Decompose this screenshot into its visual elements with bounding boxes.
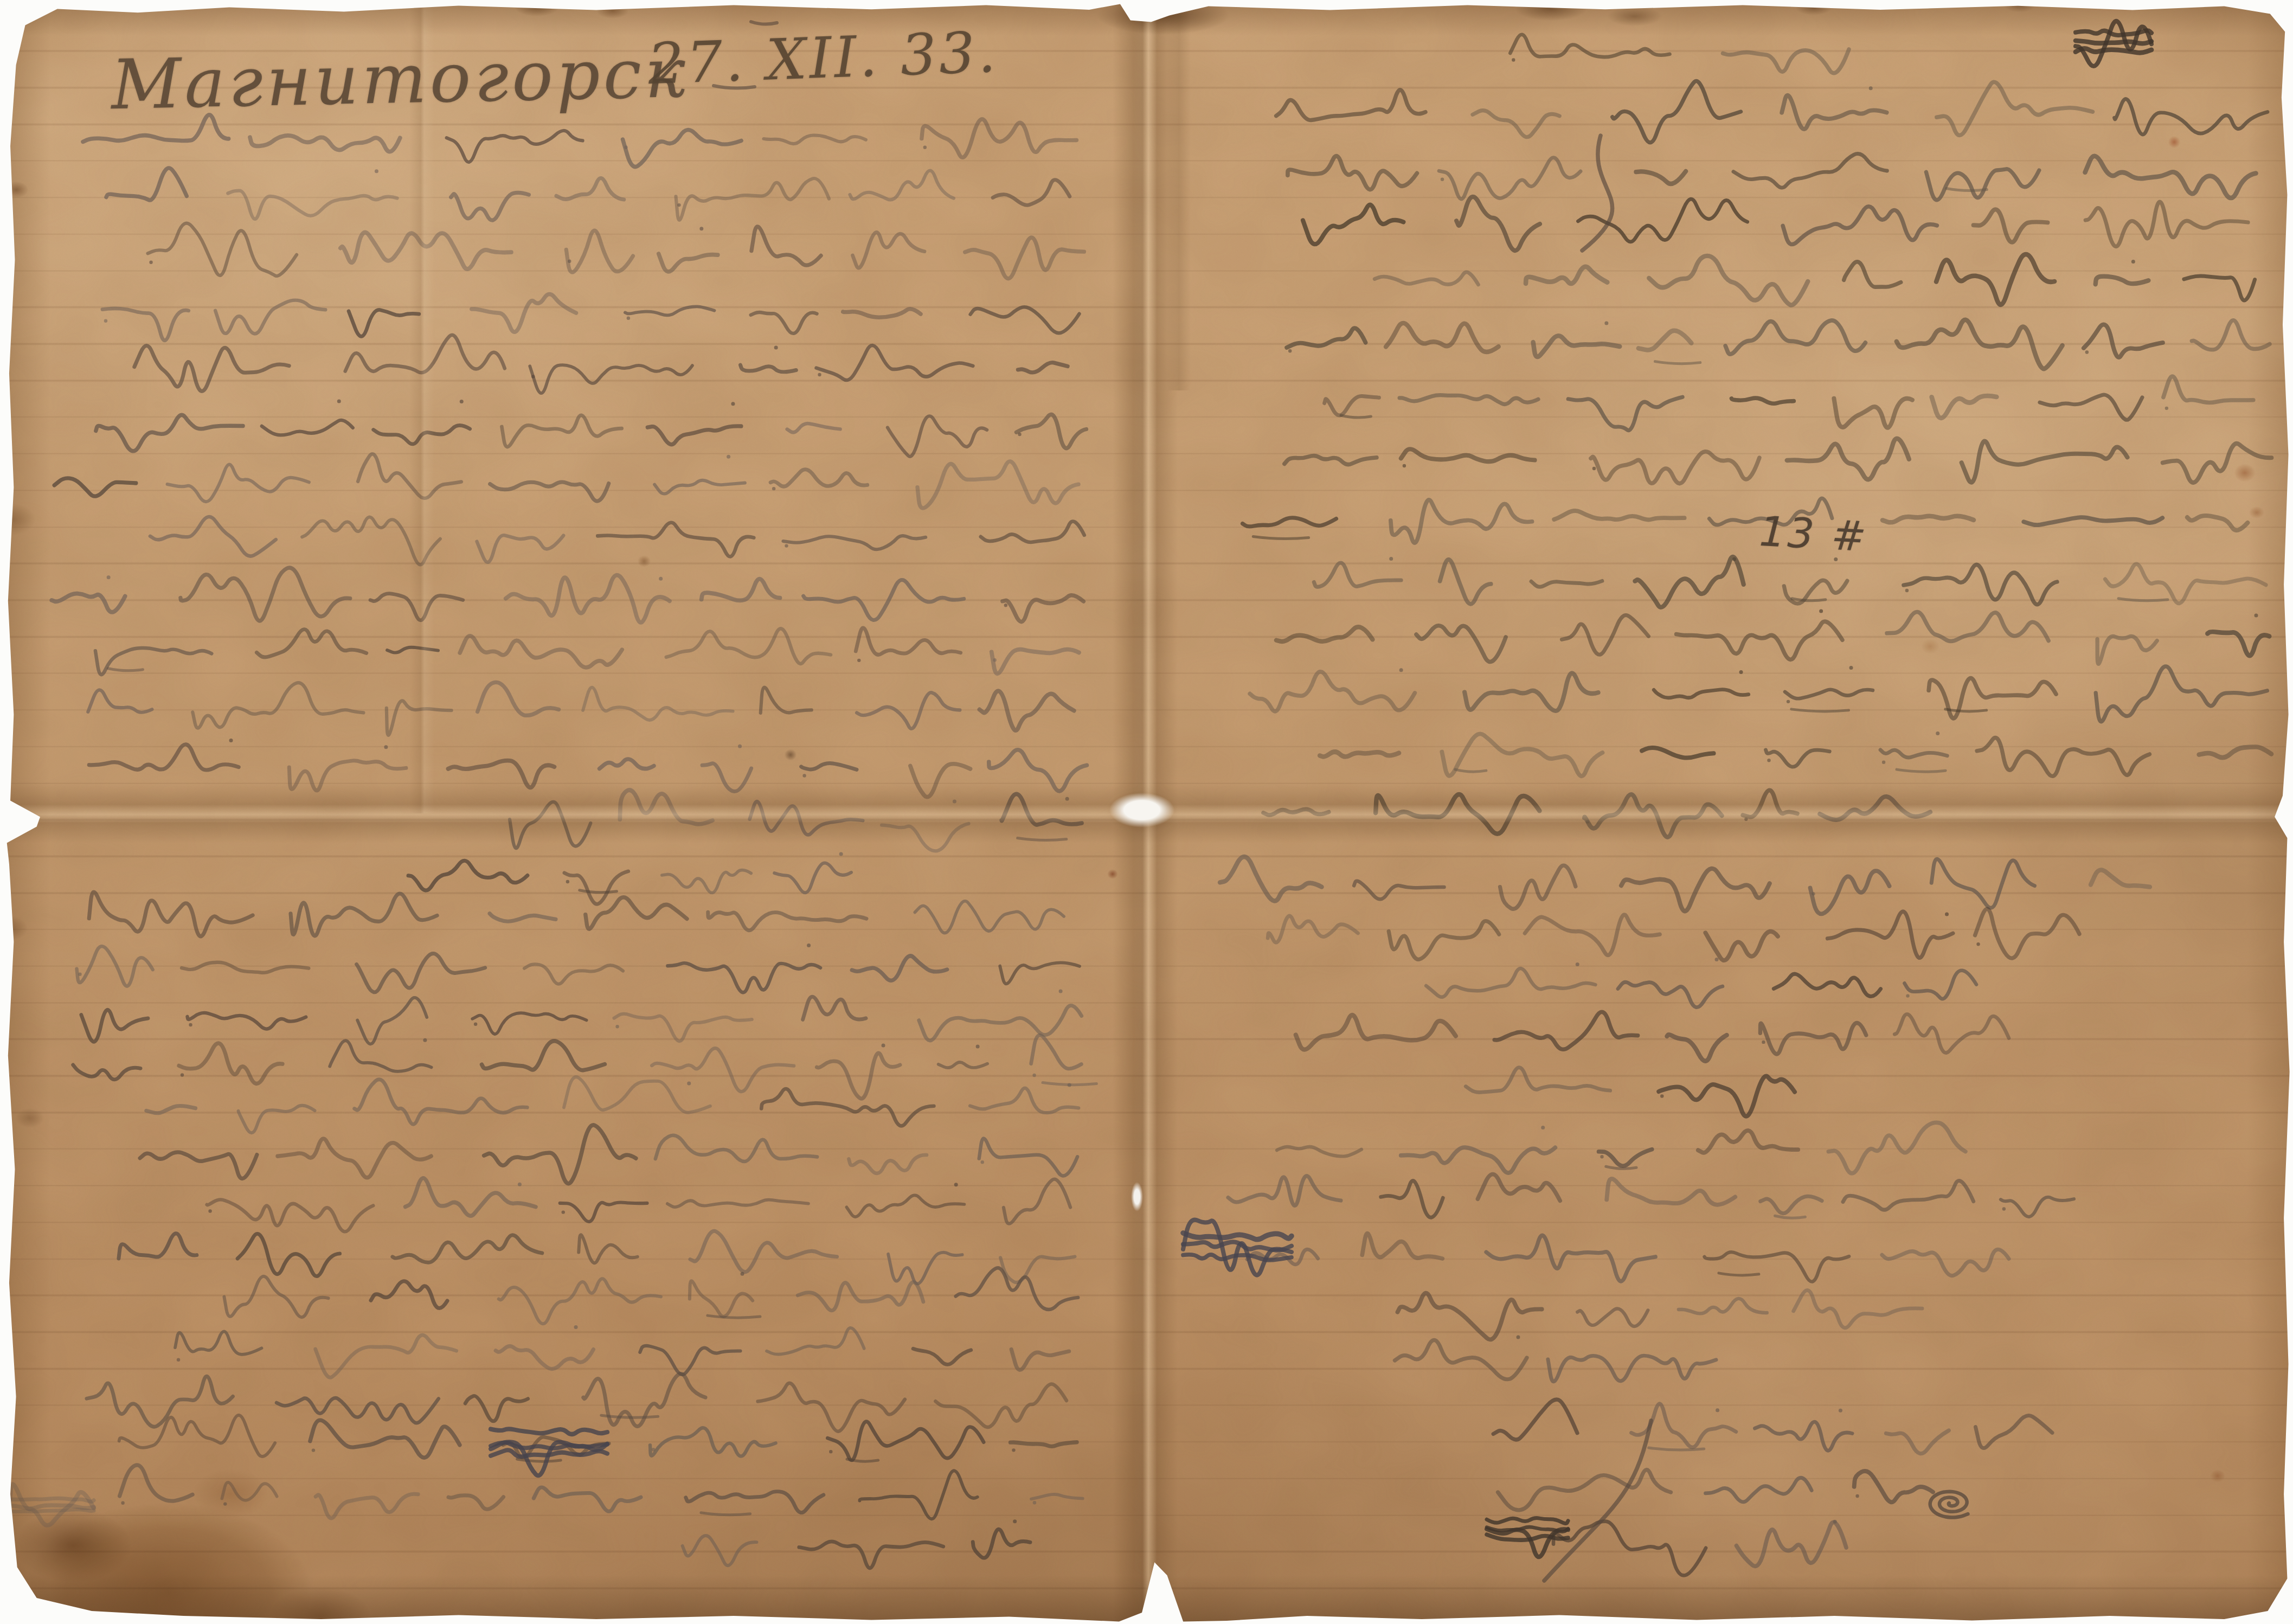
letter-paper: Магнитогорск 27. XII. 33. 13 # [0,0,2293,1624]
worn-hole [1109,793,1174,827]
scanned-letter: Магнитогорск 27. XII. 33. 13 # [0,0,2293,1624]
worn-speck [1131,1182,1143,1211]
